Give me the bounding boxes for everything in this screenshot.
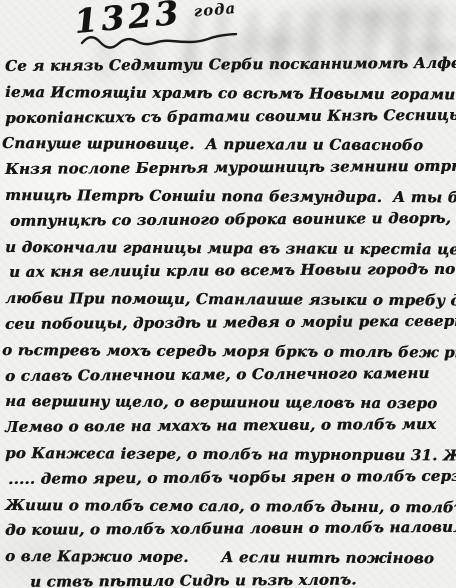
manuscript-page: 1323года Се я князь Седмитуи Серби поска… (0, 0, 456, 588)
manuscript-line: ..... дето яреи, о толбъ чорбы ярен о то… (0, 464, 456, 493)
manuscript-line: Лемво о воле на мхахъ на техиви, о толбъ… (0, 412, 456, 441)
flourish-underline (80, 33, 240, 53)
manuscript-line: Се я князь Седмитуи Серби посканнимомѣ А… (0, 51, 456, 80)
manuscript-line: до коши, о толбъ холбина ловин о толбъ н… (0, 515, 456, 544)
manuscript-line: сеи побоицы, дроздѣ и медвя о моріи река… (0, 309, 456, 338)
heading-word: года (193, 0, 237, 21)
manuscript-line: о славъ Солнечнои каме, о Солнечного кам… (0, 360, 456, 389)
manuscript-line: Кнзя послопе Бернѣя мурошницѣ земнини от… (0, 154, 456, 183)
manuscript-line: и ах кня велиціи крли во всемъ Новыи гор… (0, 257, 456, 286)
manuscript-line: отпунцкѣ со золиного оброка воинике и дв… (0, 206, 456, 235)
manuscript-line: рокопіанскихъ съ братами своими Кнзѣ Сес… (0, 102, 456, 131)
manuscript-body: Се я князь Седмитуи Серби посканнимомѣ А… (0, 54, 456, 588)
manuscript-line: и ствъ пѣтило Сидѣ и ѣзѣ хлопъ. (0, 567, 456, 588)
